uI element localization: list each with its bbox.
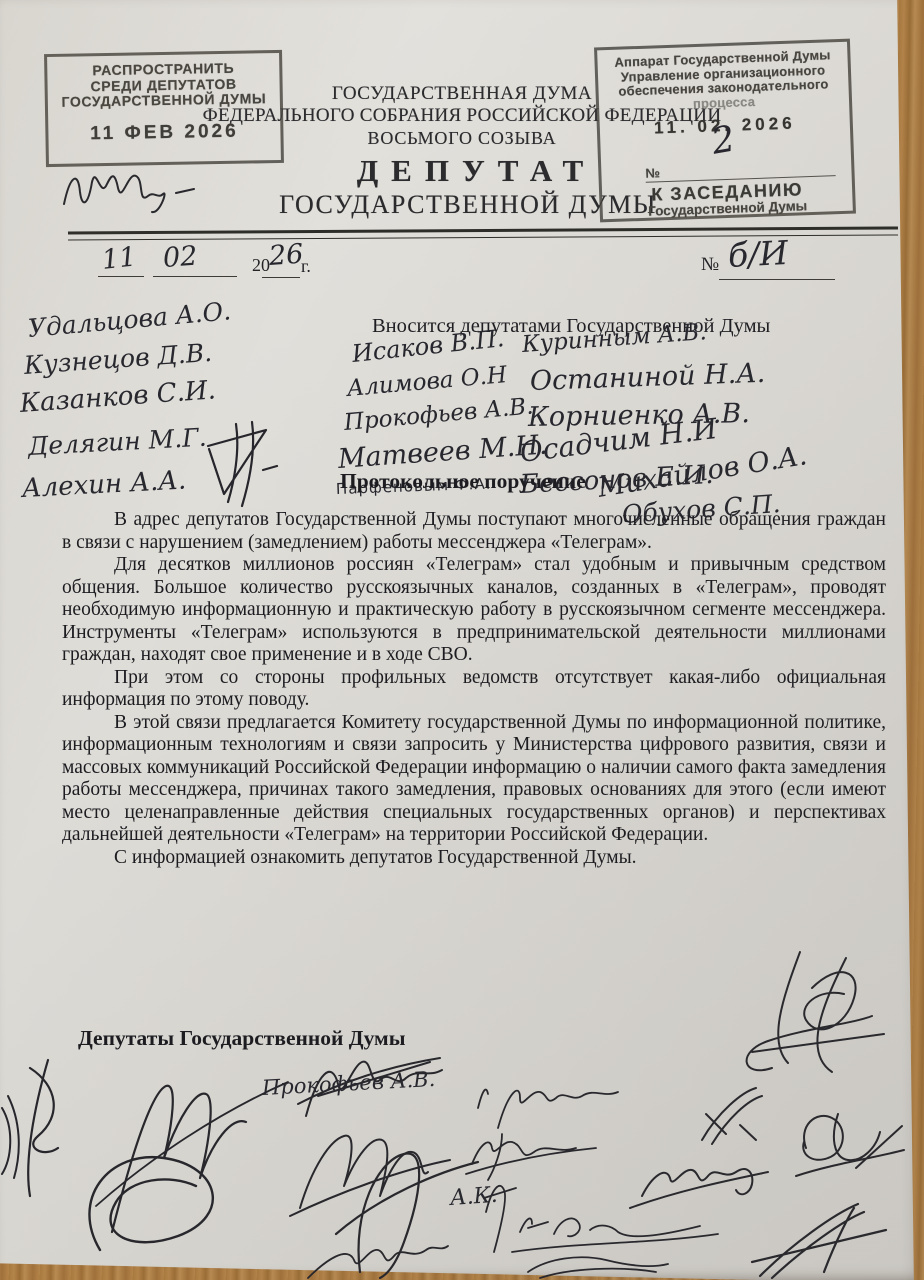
paragraph-3: При этом со стороны профильных ведомств … [62,667,886,712]
document-title: Протокольное поручение [340,469,586,494]
doc-number-underline [719,278,835,280]
document-body: В адрес депутатов Государственной Думы п… [62,509,886,869]
doc-number-label: № [701,254,719,276]
distribute-stamp-line3: ГОСУДАРСТВЕННОЙ ДУМЫ [48,91,280,111]
paragraph-1: В адрес депутатов Государственной Думы п… [62,509,886,554]
handwritten-day: 11 [100,241,137,275]
scanned-document-photo: ГОСУДАРСТВЕННАЯ ДУМА ФЕДЕРАЛЬНОГО СОБРАН… [0,0,924,1280]
printed-year-suffix: г. [301,256,311,277]
handwritten-month: 02 [162,241,198,274]
year-underline [262,276,300,278]
apparatus-stamp-number-label: № [645,165,660,180]
letterhead-role-title: ДЕПУТАТ [344,153,596,189]
handwritten-year: 26 [268,239,304,272]
paragraph-5: С информацией ознакомить депутатов Госуд… [62,847,886,870]
handwritten-doc-number: б/И [727,233,789,275]
letterhead-org-line1: ГОСУДАРСТВЕННАЯ ДУМА [332,83,592,105]
signature-label-initials: А.К. [449,1183,498,1211]
day-underline [98,275,144,277]
distribute-stamp-date: 11 ФЕВ 2026 [48,119,280,145]
distribute-stamp: РАСПРОСТРАНИТЬ СРЕДИ ДЕПУТАТОВ ГОСУДАРСТ… [44,50,284,167]
paragraph-4: В этой связи предлагается Комитету госуд… [62,712,886,847]
month-underline [153,275,237,277]
deputies-closing-heading: Депутаты Государственной Думы [78,1026,406,1051]
printed-century: 20 [252,255,270,276]
paragraph-2: Для десятков миллионов россиян «Телеграм… [62,554,886,667]
letterhead-org-line3: ВОСЬМОГО СОЗЫВА [368,128,557,149]
